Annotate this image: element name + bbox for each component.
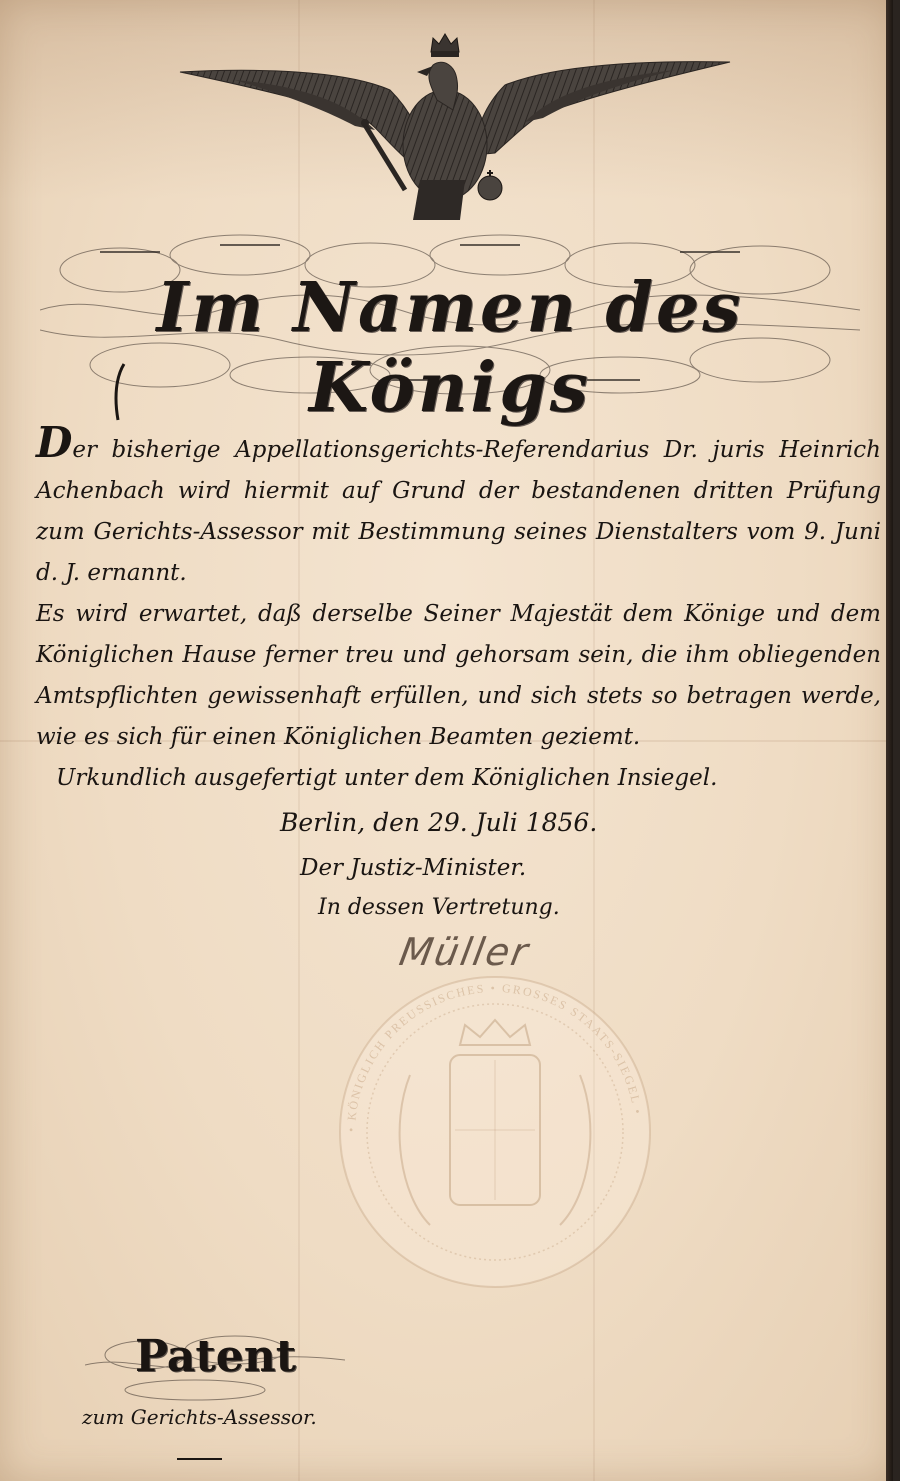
prussian-eagle-icon [175, 30, 735, 220]
footer-rule [177, 1458, 222, 1460]
embossed-seal-icon: • KÖNIGLICH PREUSSISCHES • GROSSES STAAT… [330, 975, 660, 1290]
patent-label-block: Patent [85, 1325, 345, 1405]
document-page: Im Namen des Königs Der bisherige Appell… [0, 0, 893, 1481]
paragraph-appointment: Der bisherige Appellationsgerichts-Refer… [36, 430, 881, 594]
issuing-office: Der Justiz-Minister. [300, 855, 526, 881]
scan-edge [886, 0, 893, 1481]
heading-block: Im Namen des Königs [40, 230, 860, 400]
paragraph-certification: Urkundlich ausgefertigt unter dem Königl… [36, 758, 881, 799]
place-and-date: Berlin, den 29. Juli 1856. [280, 808, 597, 837]
document-body: Der bisherige Appellationsgerichts-Refer… [36, 430, 881, 799]
footer-subtitle: zum Gerichts-Assessor. [82, 1405, 317, 1429]
drop-initial: D [36, 418, 72, 467]
initial-flourish-icon [110, 362, 130, 422]
signature: Müller [396, 930, 533, 974]
footer-title: Patent [135, 1331, 296, 1382]
document-title: Im Namen des Königs [40, 268, 860, 428]
paragraph-expectation: Es wird erwartet, daß derselbe Seiner Ma… [36, 594, 881, 758]
deputy-note: In dessen Vertretung. [318, 895, 560, 920]
